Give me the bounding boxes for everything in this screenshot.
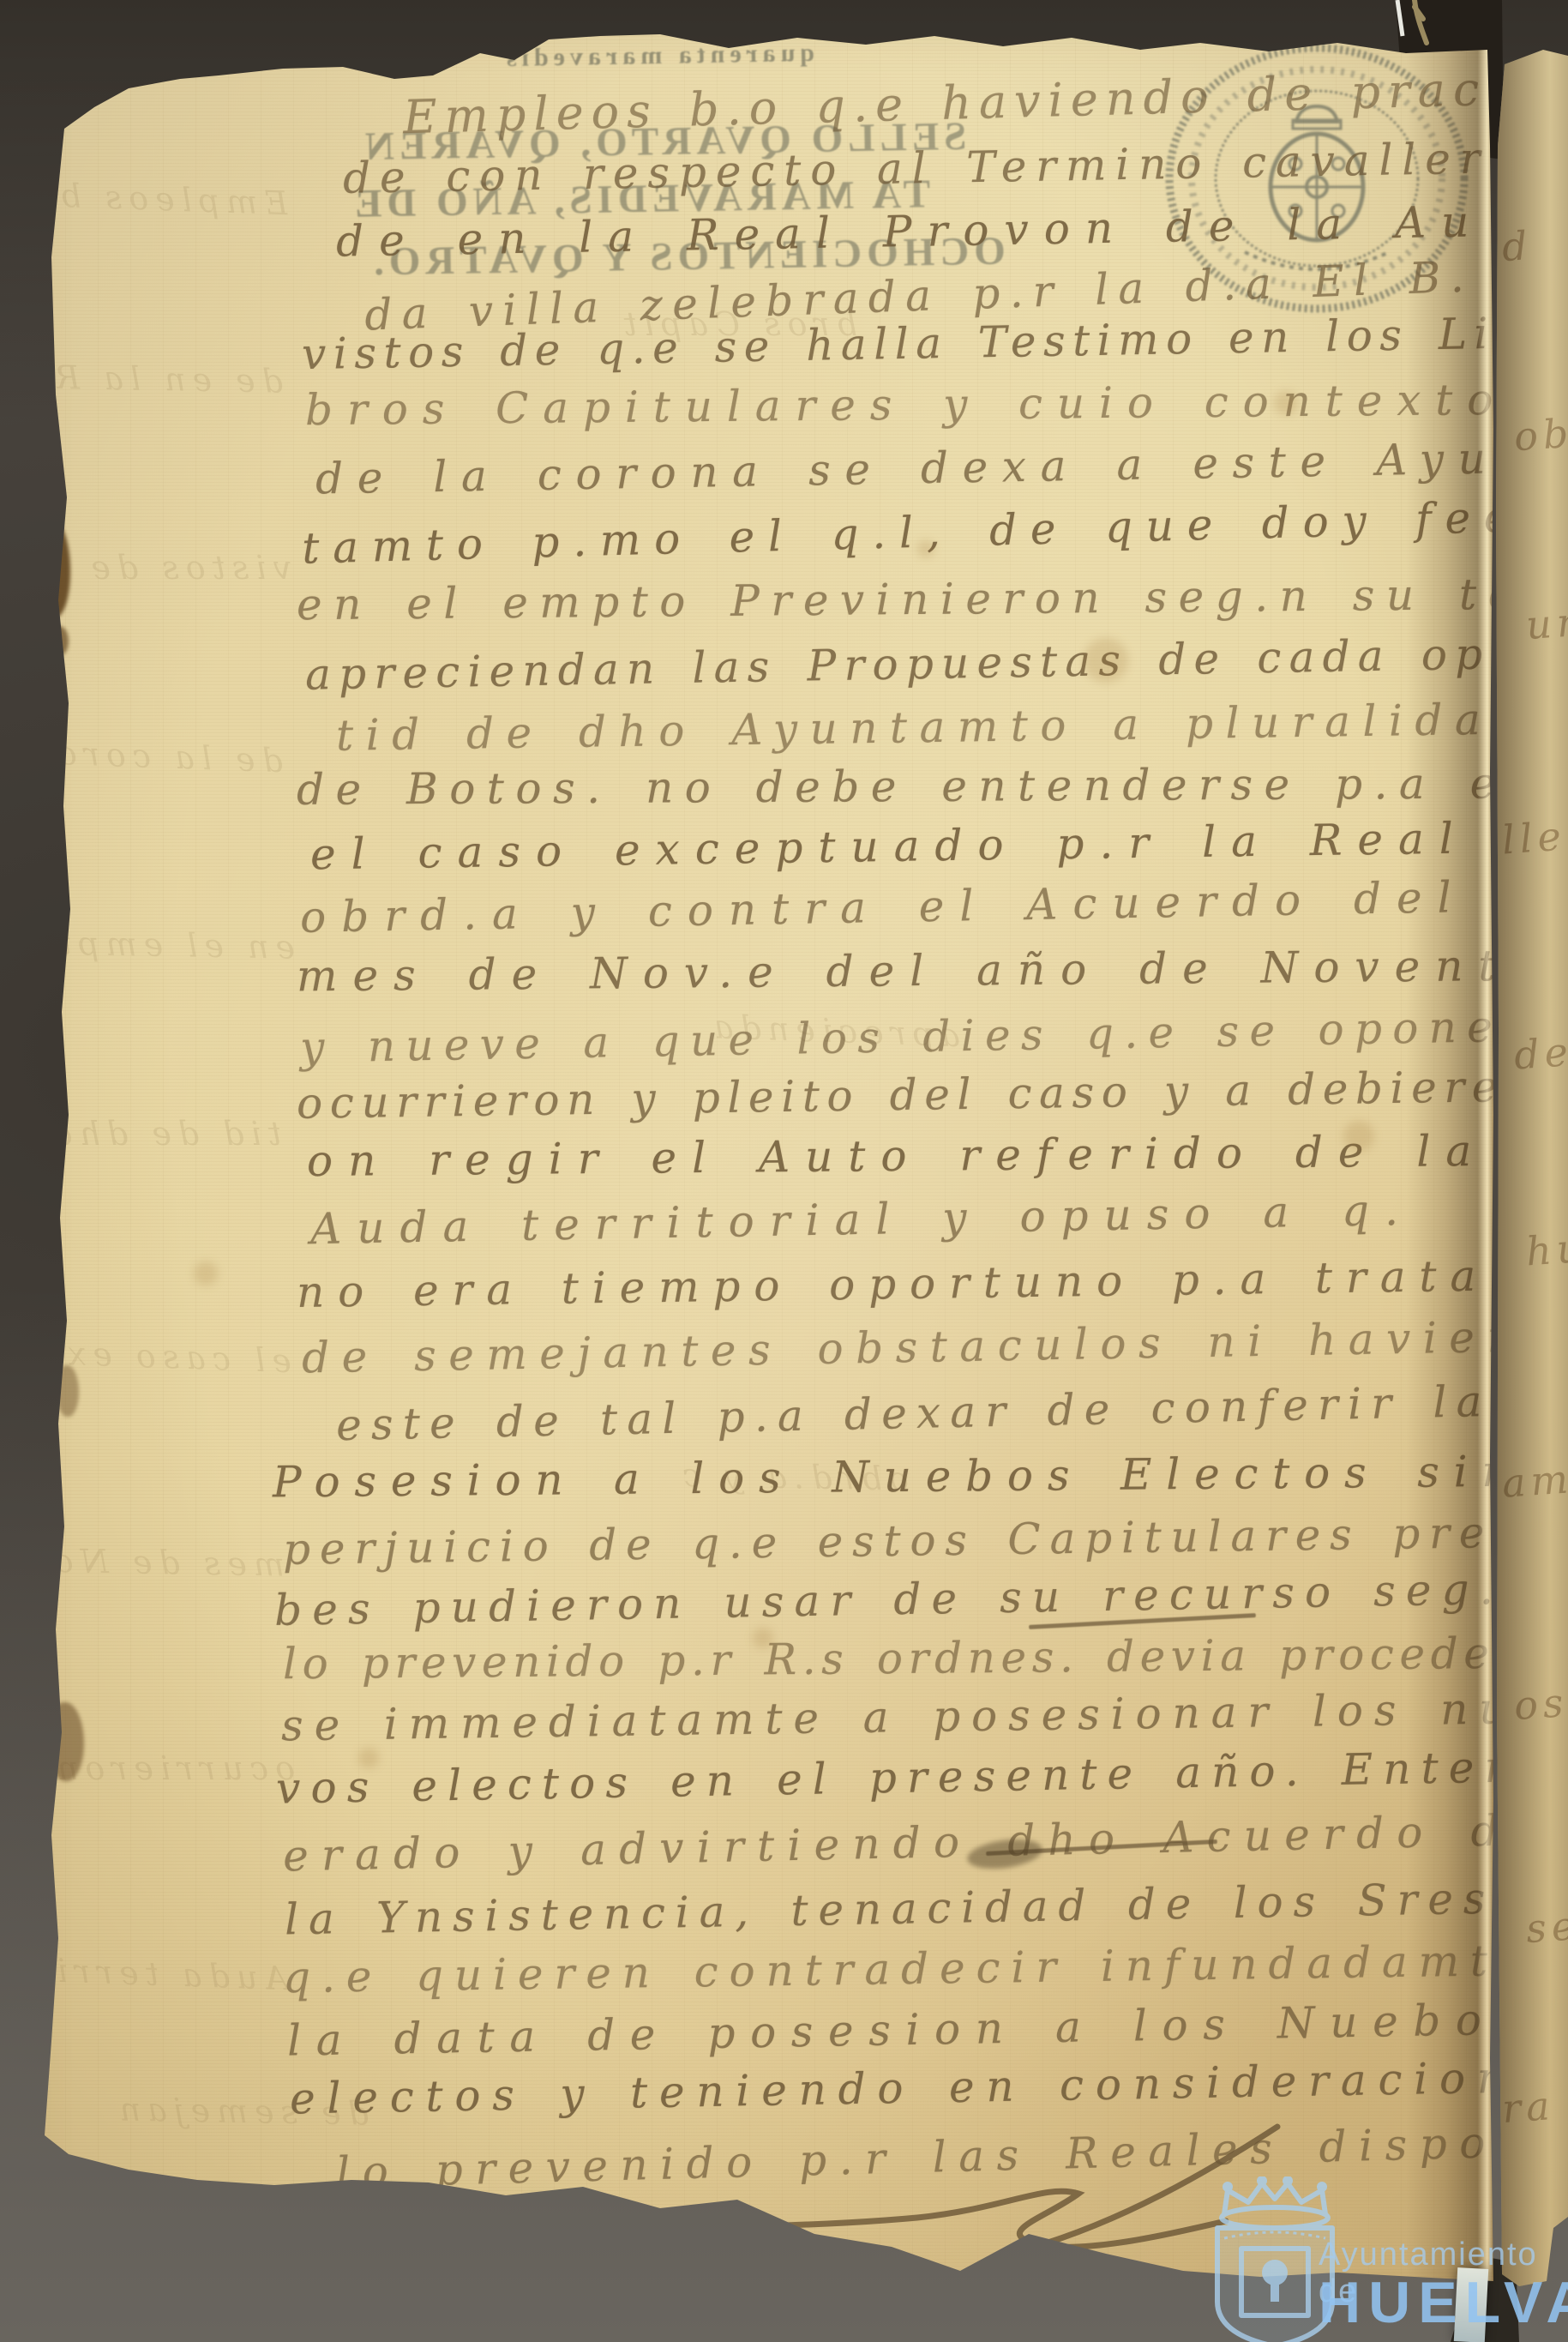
- manuscript-line: q.e quieren contradecir infundadamte: [283, 1936, 1535, 2002]
- manuscript-line: de Botos. no debe entenderse p.a en: [297, 758, 1547, 815]
- manuscript-line: obrd.a y contra el Acuerdo del: [300, 872, 1467, 942]
- manuscript-scan: doburlledenhuamossera quarenta maravedis…: [0, 0, 1568, 2342]
- manuscript-line: ocurrieron y pleito del caso y a debiere: [297, 1062, 1505, 1129]
- foxing-spot: [358, 1748, 379, 1768]
- verso-ghost-fragment: vistos de: [34, 549, 291, 587]
- manuscript-line: tid de dho Ayuntamto a pluralidad: [336, 694, 1533, 760]
- manuscript-line: de la corona se dexa a este Ayun: [315, 433, 1542, 504]
- foxing-spot: [194, 1261, 218, 1285]
- manuscript-line: en el empto Previnieron seg.n su te: [297, 569, 1525, 630]
- watermark-city-label: HUELVA: [1319, 2269, 1568, 2336]
- verso-ghost-fragment: de la coro: [25, 733, 283, 780]
- manuscript-line: mes de Nov.e del año de Noventa: [297, 941, 1553, 1002]
- edge-stain-lower: [48, 1702, 84, 1781]
- verso-ghost-fragment: en el empt: [38, 924, 296, 966]
- rubric-flourish-icon: [369, 2092, 1329, 2290]
- manuscript-line: lo prevenido p.r R.s ordnes. devia proce…: [283, 1628, 1521, 1689]
- foxing-spot: [917, 540, 934, 557]
- manuscript-line: Posesion a los Nuebos Electos sin: [273, 1447, 1524, 1508]
- manuscript-line: de semejantes obstaculos ni havien: [302, 1312, 1528, 1383]
- verso-ghost-fragment: tid de dho: [24, 1115, 281, 1153]
- foxing-spot: [1343, 1121, 1374, 1152]
- manuscript-line: el caso exceptuado p.r la Real: [310, 814, 1469, 880]
- edge-ink-stain: [39, 521, 70, 617]
- manuscript-line: la data de posesion a los Nuebos: [287, 1994, 1535, 2065]
- manuscript-line: y nueve a que los dies q.e se oponen: [300, 1001, 1541, 1072]
- manuscript-line: bes pudieron usar de su recurso seg.n: [274, 1563, 1542, 1635]
- verso-ghost-fragment: Auda terri: [30, 1951, 288, 1997]
- manuscript-line: vos electos en el presente año. Enter: [276, 1742, 1516, 1813]
- edge-ink-spot: [51, 626, 69, 655]
- manuscript-line: no era tiempo oportuno p.a tratar: [297, 1250, 1524, 1317]
- stamp-bleed-small-line: quarenta maravedis: [502, 39, 814, 73]
- manuscript-line: se immediatamte a posesionar los nue: [281, 1683, 1555, 1751]
- verso-ghost-fragment: mes de Nov: [27, 1541, 285, 1583]
- manuscript-line: perjuicio de q.e estos Capitulares pre: [283, 1508, 1494, 1574]
- manuscript-line: on regir el Auto referido de la: [307, 1125, 1487, 1185]
- foxing-spot: [753, 1628, 773, 1648]
- main-folio: quarenta maravedis SELLO QVARTO, QVAREN …: [0, 0, 1568, 2342]
- manuscript-line: tamto p.mo el q.l, de que doy fee: [301, 491, 1523, 573]
- manuscript-line: la Ynsistencia, tenacidad de los Sres: [285, 1873, 1496, 1944]
- foxing-spot: [1084, 638, 1128, 683]
- manuscript-line: erado y advirtiendo dho Acuerdo de: [283, 1805, 1551, 1881]
- verso-ghost-fragment: Empleos b.: [30, 176, 288, 222]
- foxing-spot: [1274, 391, 1298, 415]
- gutter-fold: [1406, 34, 1493, 2290]
- verso-ghost-fragment: de en la R: [26, 358, 284, 400]
- manuscript-line: este de tal p.a dexar de conferir la: [336, 1376, 1493, 1449]
- manuscript-line: bros Capitulares y cuio contexto: [305, 374, 1508, 434]
- edge-stain-middle: [57, 1365, 79, 1417]
- manuscript-line: Auda territorial y opuso a q.: [310, 1185, 1415, 1254]
- manuscript-line: apreciendan las Propuestas de cada opar: [305, 628, 1553, 699]
